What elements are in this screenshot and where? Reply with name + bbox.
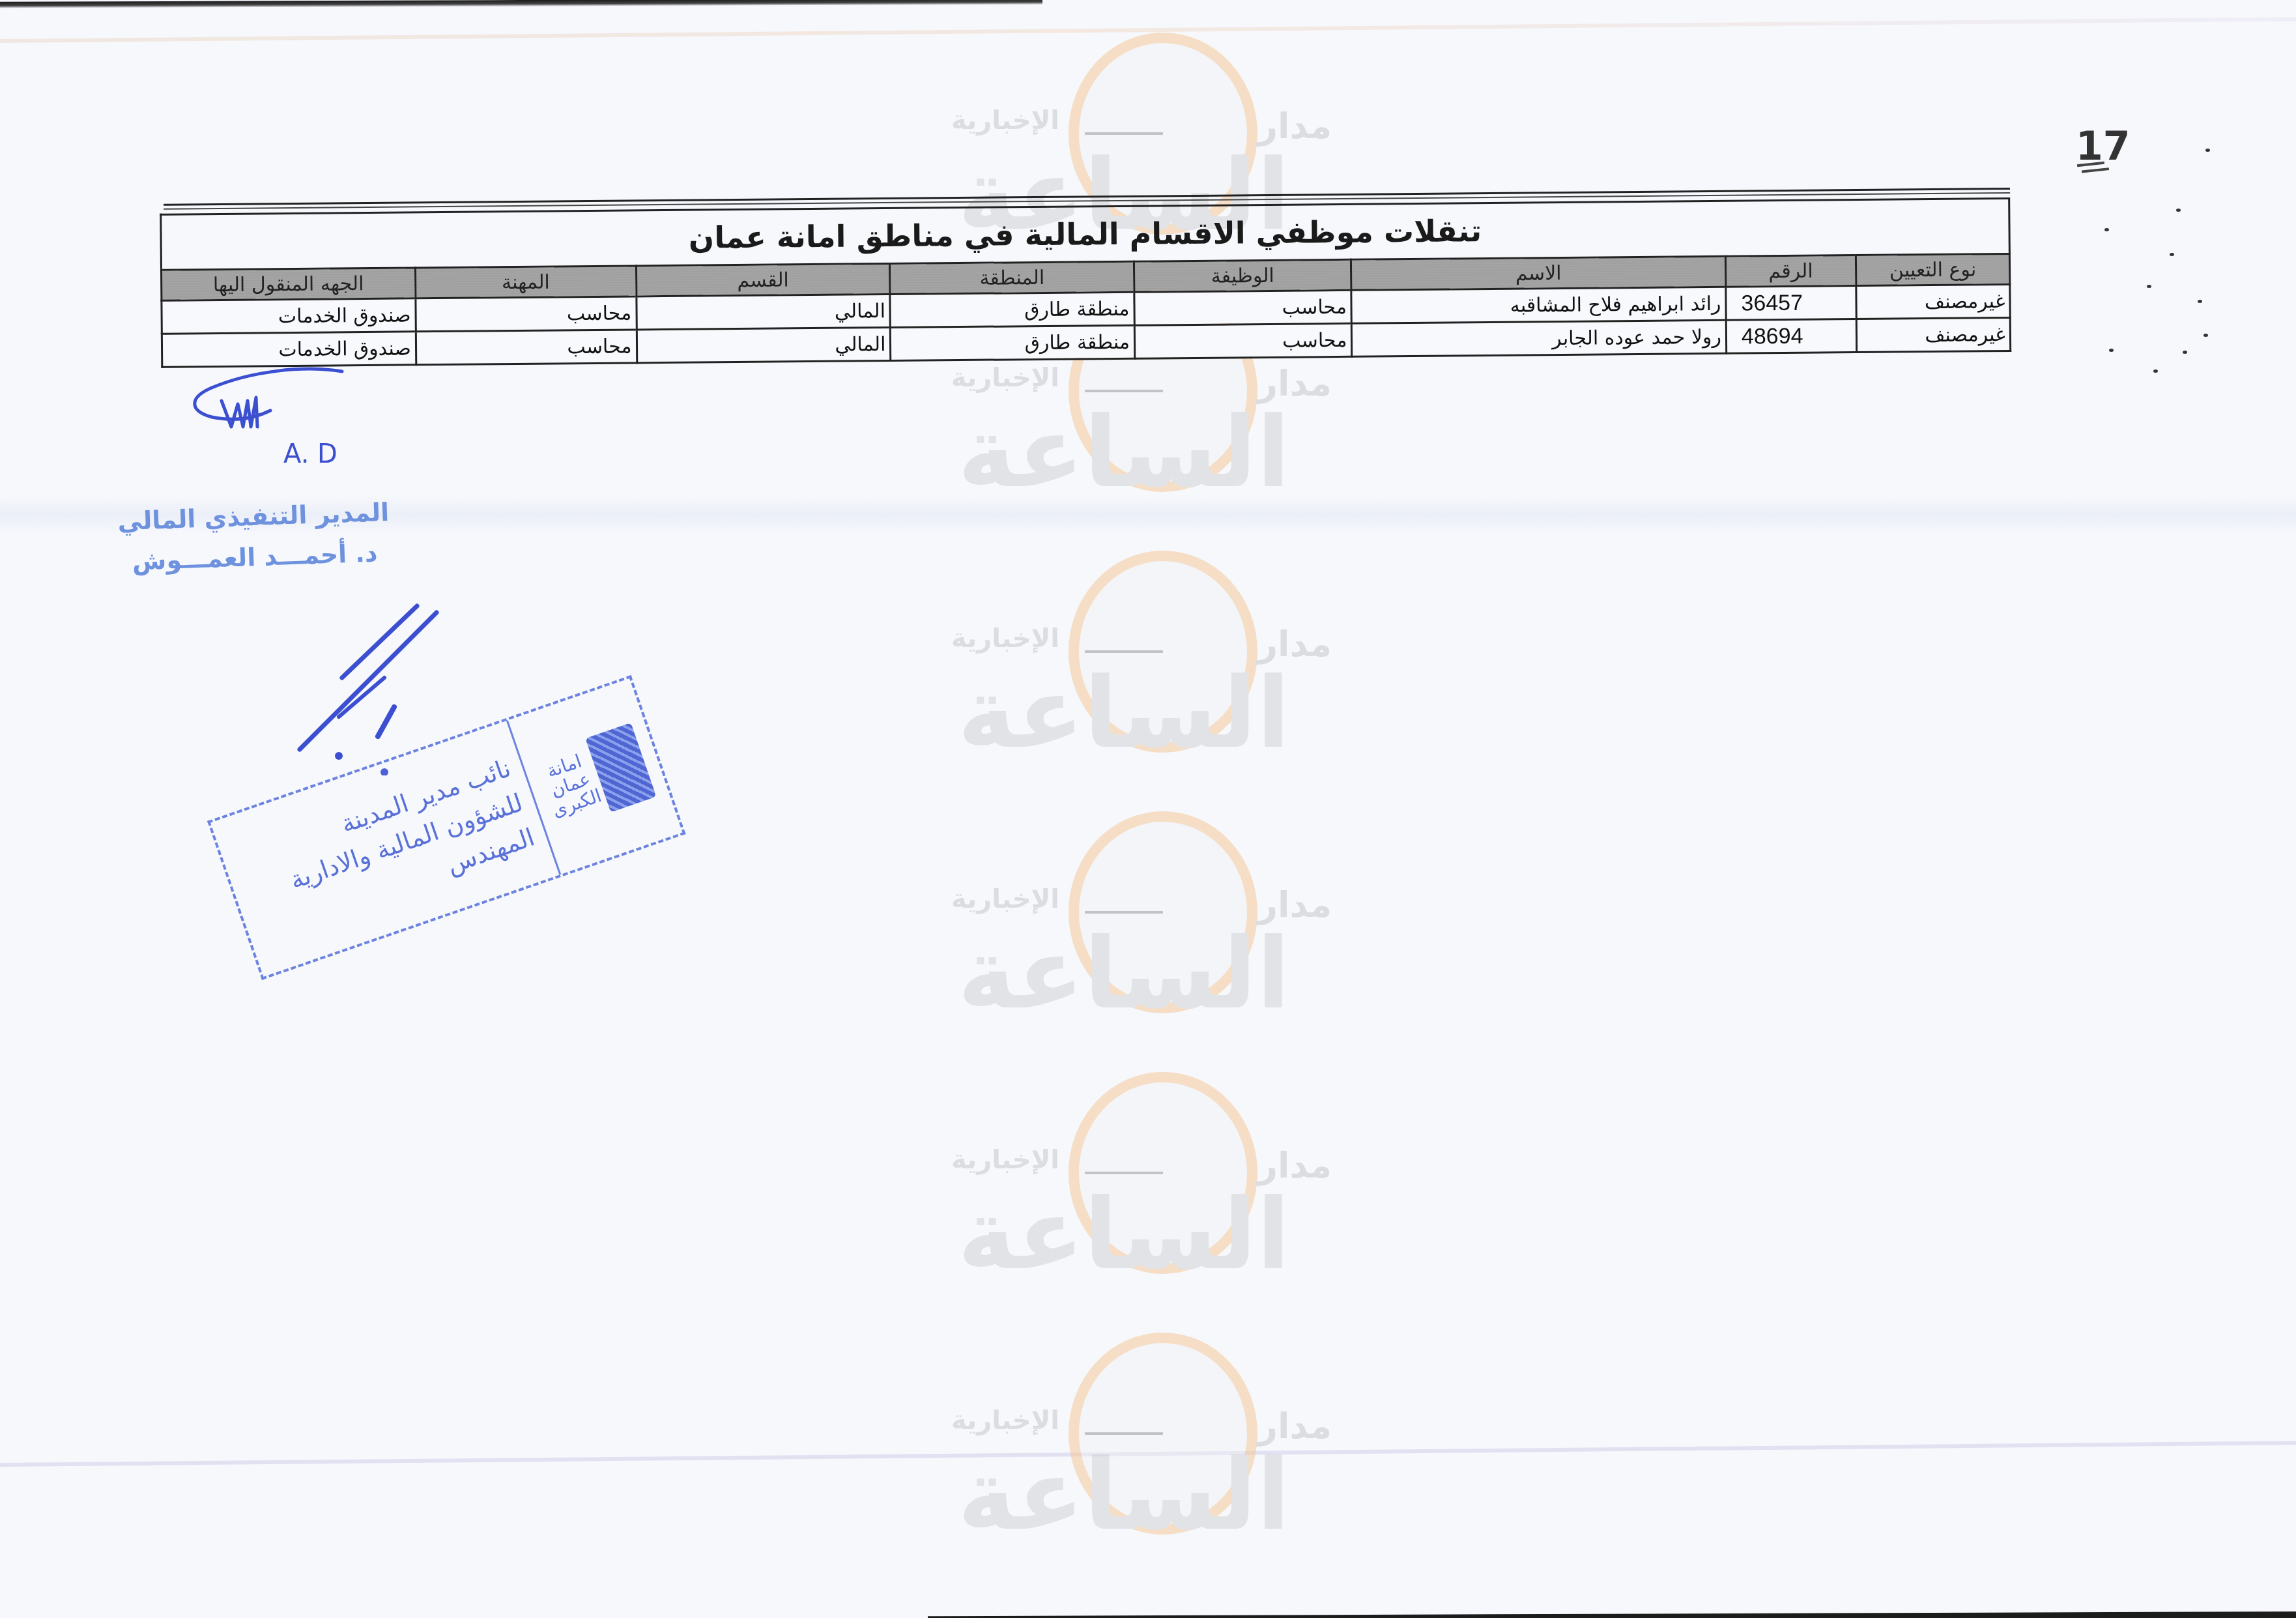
watermark: الإخبارية مدار الساعة [951, 811, 1368, 1046]
clock-icon [1069, 1333, 1257, 1535]
signature-mark: A. D [186, 365, 355, 476]
col-header-profession: المهنة [415, 266, 636, 298]
col-header-number: الرقم [1725, 255, 1856, 287]
cell-appointment-type: غيرمصنف [1856, 318, 2010, 353]
col-header-job: الوظيفة [1134, 259, 1351, 292]
cell-number: 48694 [1726, 319, 1857, 354]
cell-name: رولا حمد عوده الجابر [1352, 320, 1727, 356]
cell-job: محاسب [1134, 323, 1352, 358]
scan-stripe [0, 17, 2296, 43]
scan-speck [2104, 228, 2109, 231]
watermark-brand-small: الإخبارية [951, 1406, 1059, 1436]
cell-name: رائد ابراهيم فلاح المشاقبه [1351, 287, 1726, 323]
manager-block: المدير التنفيذي المالي د. أحمـــد العمــ… [103, 491, 405, 583]
watermark-brand-top: مدار [1257, 624, 1332, 665]
transfers-table: نوع التعيين الرقم الاسم الوظيفة المنطقة … [160, 253, 2011, 368]
watermark-brand-small: الإخبارية [951, 624, 1059, 654]
watermark-brand-top: مدار [1257, 1145, 1332, 1186]
watermark-brand-top: مدار [1257, 363, 1332, 404]
watermark-brand-small: الإخبارية [951, 106, 1059, 136]
scan-edge-top [0, 0, 1042, 8]
watermark-brand-big: الساعة [958, 661, 1290, 766]
scan-stripe [0, 1441, 2296, 1467]
col-header-destination: الجهه المنقول اليها [161, 268, 415, 300]
watermark-brand-small: الإخبارية [951, 884, 1059, 914]
scan-edge-bottom [928, 1611, 2296, 1618]
scan-speck [2198, 300, 2202, 303]
watermark-brand-top: مدار [1257, 106, 1332, 147]
cell-department: المالي [637, 328, 891, 363]
stamp-text: نائب مدير المدينة للشؤون المالية والادار… [210, 721, 559, 977]
cell-profession: محاسب [416, 296, 637, 332]
watermark: الإخبارية مدار الساعة [951, 1072, 1368, 1307]
signature-initials: A. D [283, 439, 337, 469]
watermark-brand-big: الساعة [958, 401, 1290, 505]
watermark-brand-big: الساعة [958, 1443, 1290, 1548]
col-header-name: الاسم [1351, 256, 1726, 290]
scan-speck [2203, 334, 2208, 337]
cell-destination: صندوق الخدمات [162, 298, 416, 334]
scan-speck [2205, 149, 2210, 152]
cell-profession: محاسب [416, 330, 637, 365]
scan-speck [2176, 209, 2181, 212]
cell-destination: صندوق الخدمات [162, 332, 416, 367]
scan-speck [2147, 285, 2151, 288]
watermark-brand-top: مدار [1257, 1406, 1332, 1447]
document-title: تنقلات موظفي الاقسام المالية في مناطق ام… [689, 213, 1482, 255]
transfer-table-block: تنقلات موظفي الاقسام المالية في مناطق ام… [160, 188, 2011, 368]
cell-number: 36457 [1726, 286, 1857, 321]
scan-speck [2183, 351, 2187, 354]
scan-speck [2109, 349, 2114, 352]
cell-region: منطقة طارق [891, 325, 1135, 360]
col-header-department: القسم [636, 264, 890, 296]
clock-icon [1069, 551, 1257, 753]
cell-job: محاسب [1134, 290, 1352, 325]
watermark-brand-top: مدار [1257, 884, 1332, 925]
cell-region: منطقة طارق [890, 292, 1134, 327]
watermark-brand-big: الساعة [958, 1183, 1290, 1287]
scan-speck [2153, 369, 2158, 373]
watermark-brand-big: الساعة [958, 922, 1290, 1026]
watermark: الإخبارية مدار الساعة [951, 551, 1368, 785]
scan-speck [2170, 253, 2174, 256]
clock-icon [1069, 811, 1257, 1013]
cell-department: المالي [636, 295, 890, 330]
clock-icon [1069, 1072, 1257, 1274]
cell-appointment-type: غيرمصنف [1856, 285, 2010, 319]
col-header-appointment-type: نوع التعيين [1856, 254, 2009, 286]
watermark-brand-small: الإخبارية [951, 1145, 1059, 1175]
watermark-brand-small: الإخبارية [951, 363, 1059, 393]
col-header-region: المنطقة [890, 261, 1134, 294]
